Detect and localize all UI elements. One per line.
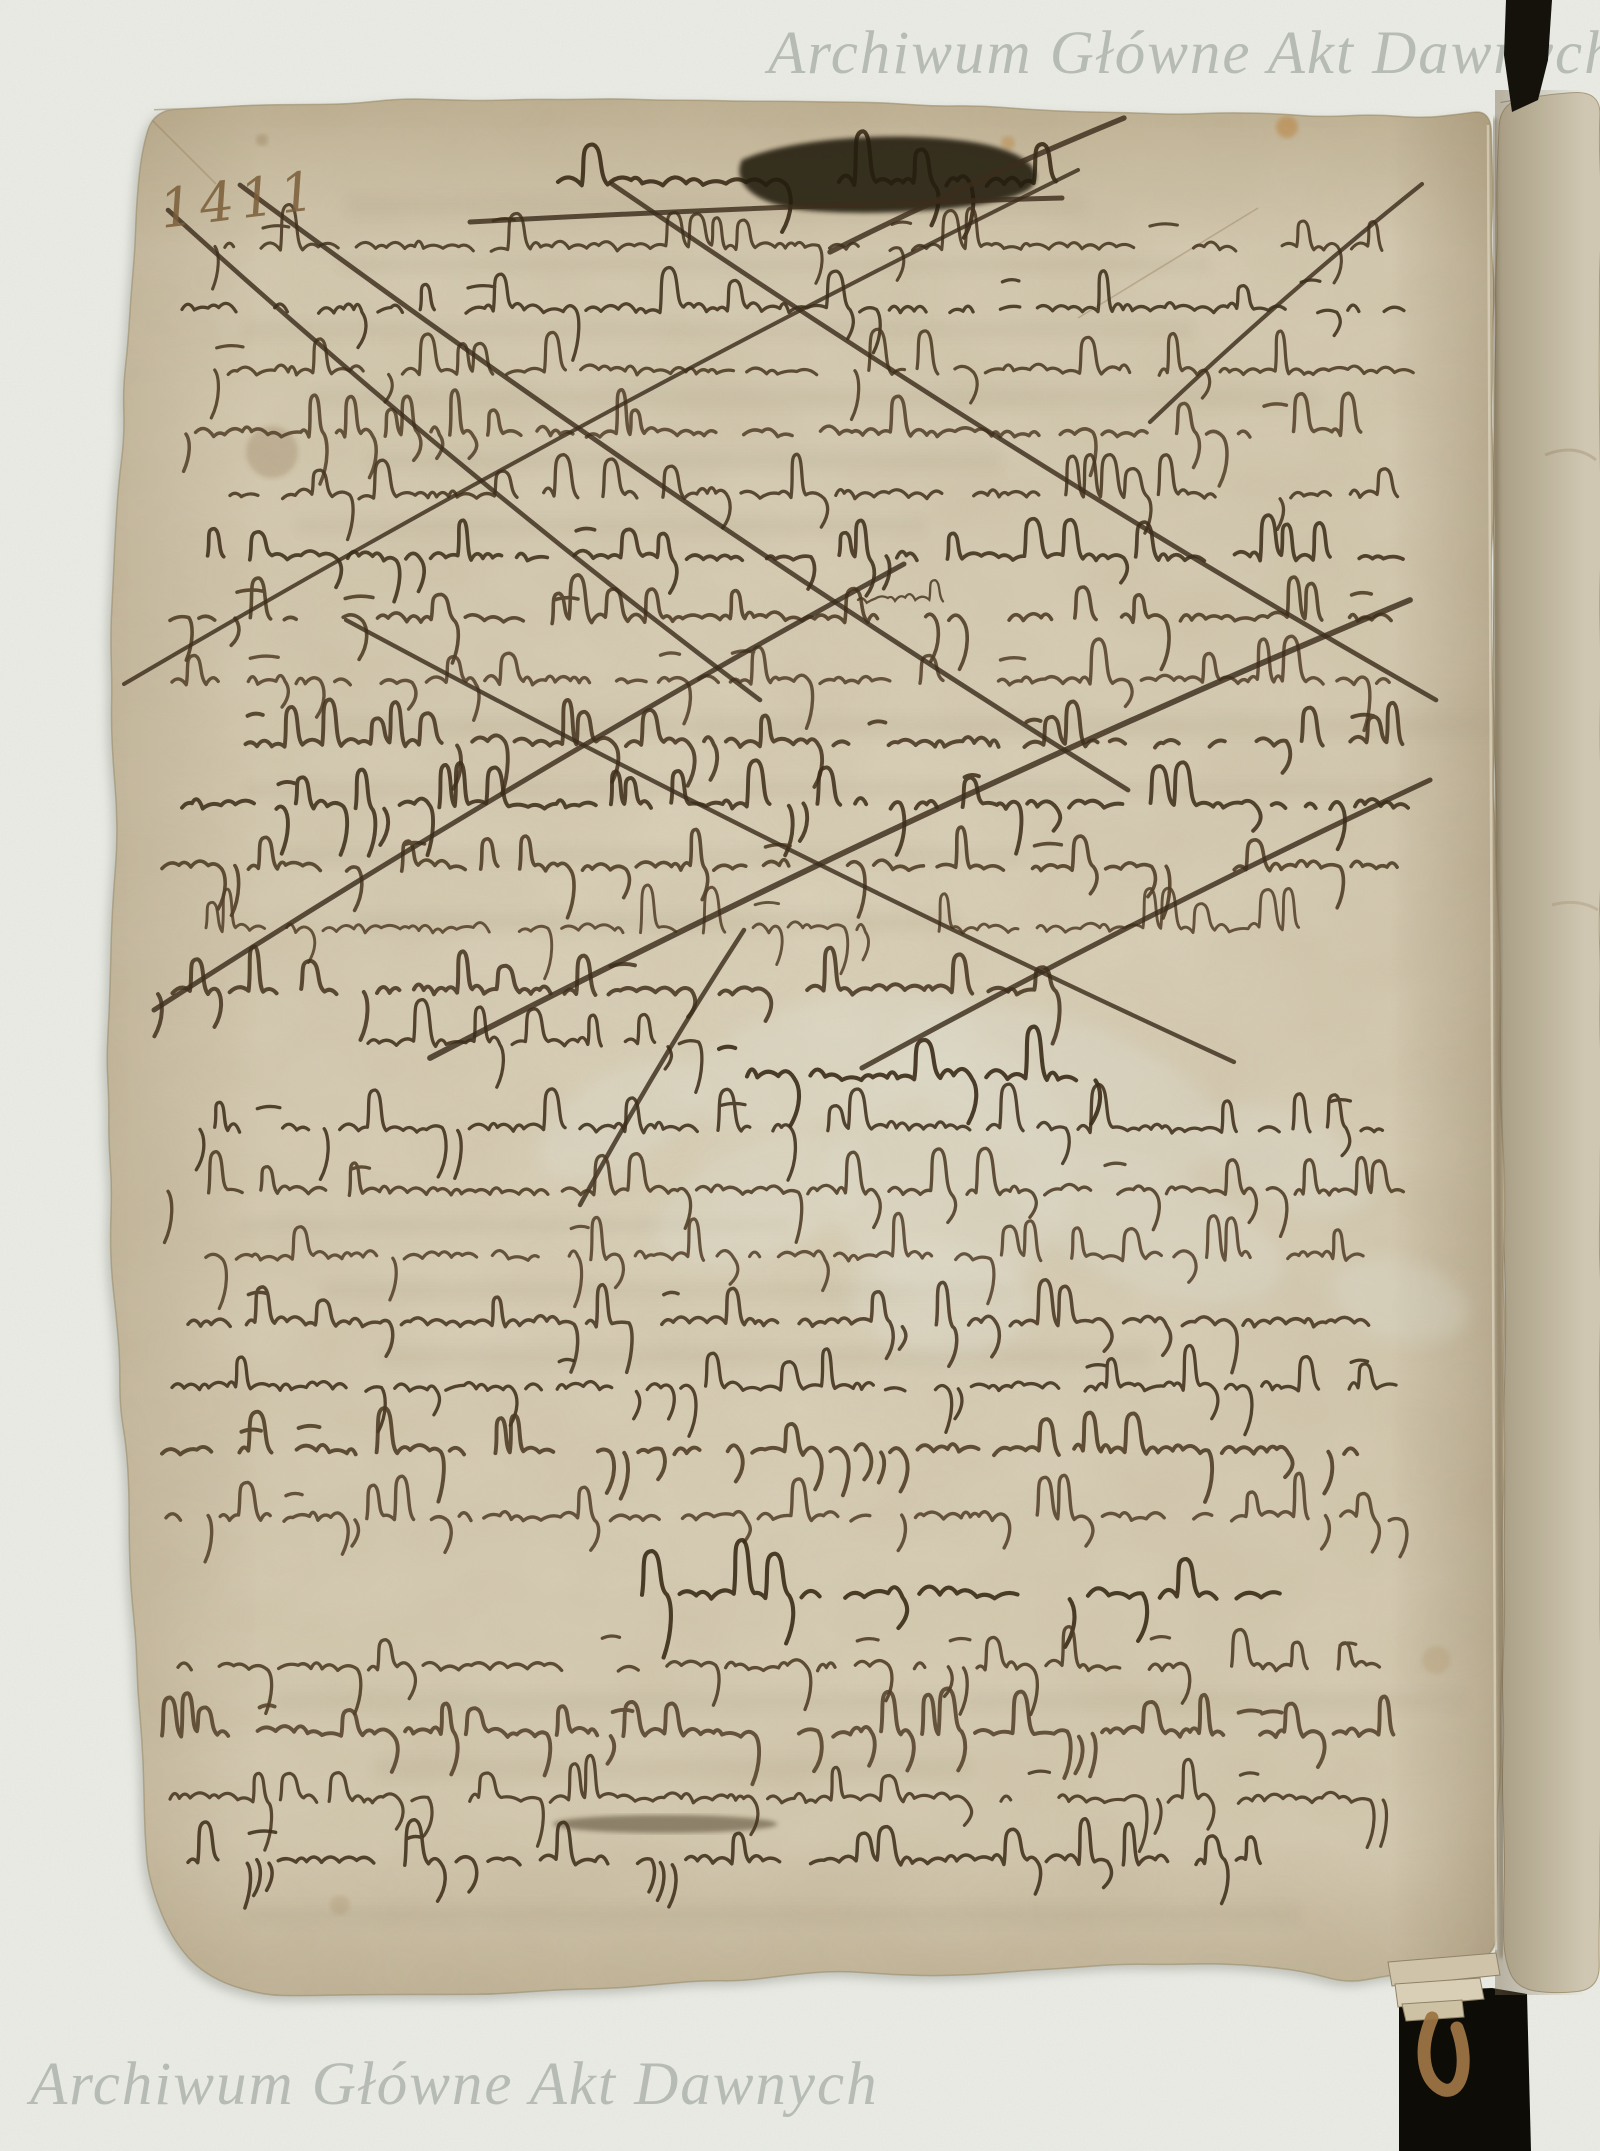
foxing-stain <box>1001 136 1015 150</box>
foxing-stain <box>1422 1646 1450 1674</box>
show-through-row <box>246 1905 1300 1924</box>
show-through-row <box>293 716 1552 737</box>
show-through-row <box>338 258 1211 272</box>
next-leaf-shading <box>1495 90 1600 1995</box>
show-through-row <box>244 322 1194 338</box>
foxing-stain <box>1276 116 1298 138</box>
show-through-row <box>373 1758 971 1779</box>
manuscript-scan-canvas: 1411 Archiwum Główne Akt Dawnych Archiwu… <box>0 0 1600 2151</box>
archival-scan: 1411 Archiwum Główne Akt Dawnych Archiwu… <box>0 0 1600 2151</box>
watermark-bottom: Archiwum Główne Akt Dawnych <box>26 2051 879 2118</box>
foxing-stain <box>256 134 268 146</box>
watermark-top: Archiwum Główne Akt Dawnych <box>764 20 1600 87</box>
next-page-leaf <box>1493 90 1600 1995</box>
show-through-row <box>381 1346 1149 1367</box>
page-surface-layers <box>0 0 1600 2151</box>
underline-smudge <box>553 1815 777 1833</box>
foxing-stain <box>330 1895 350 1915</box>
